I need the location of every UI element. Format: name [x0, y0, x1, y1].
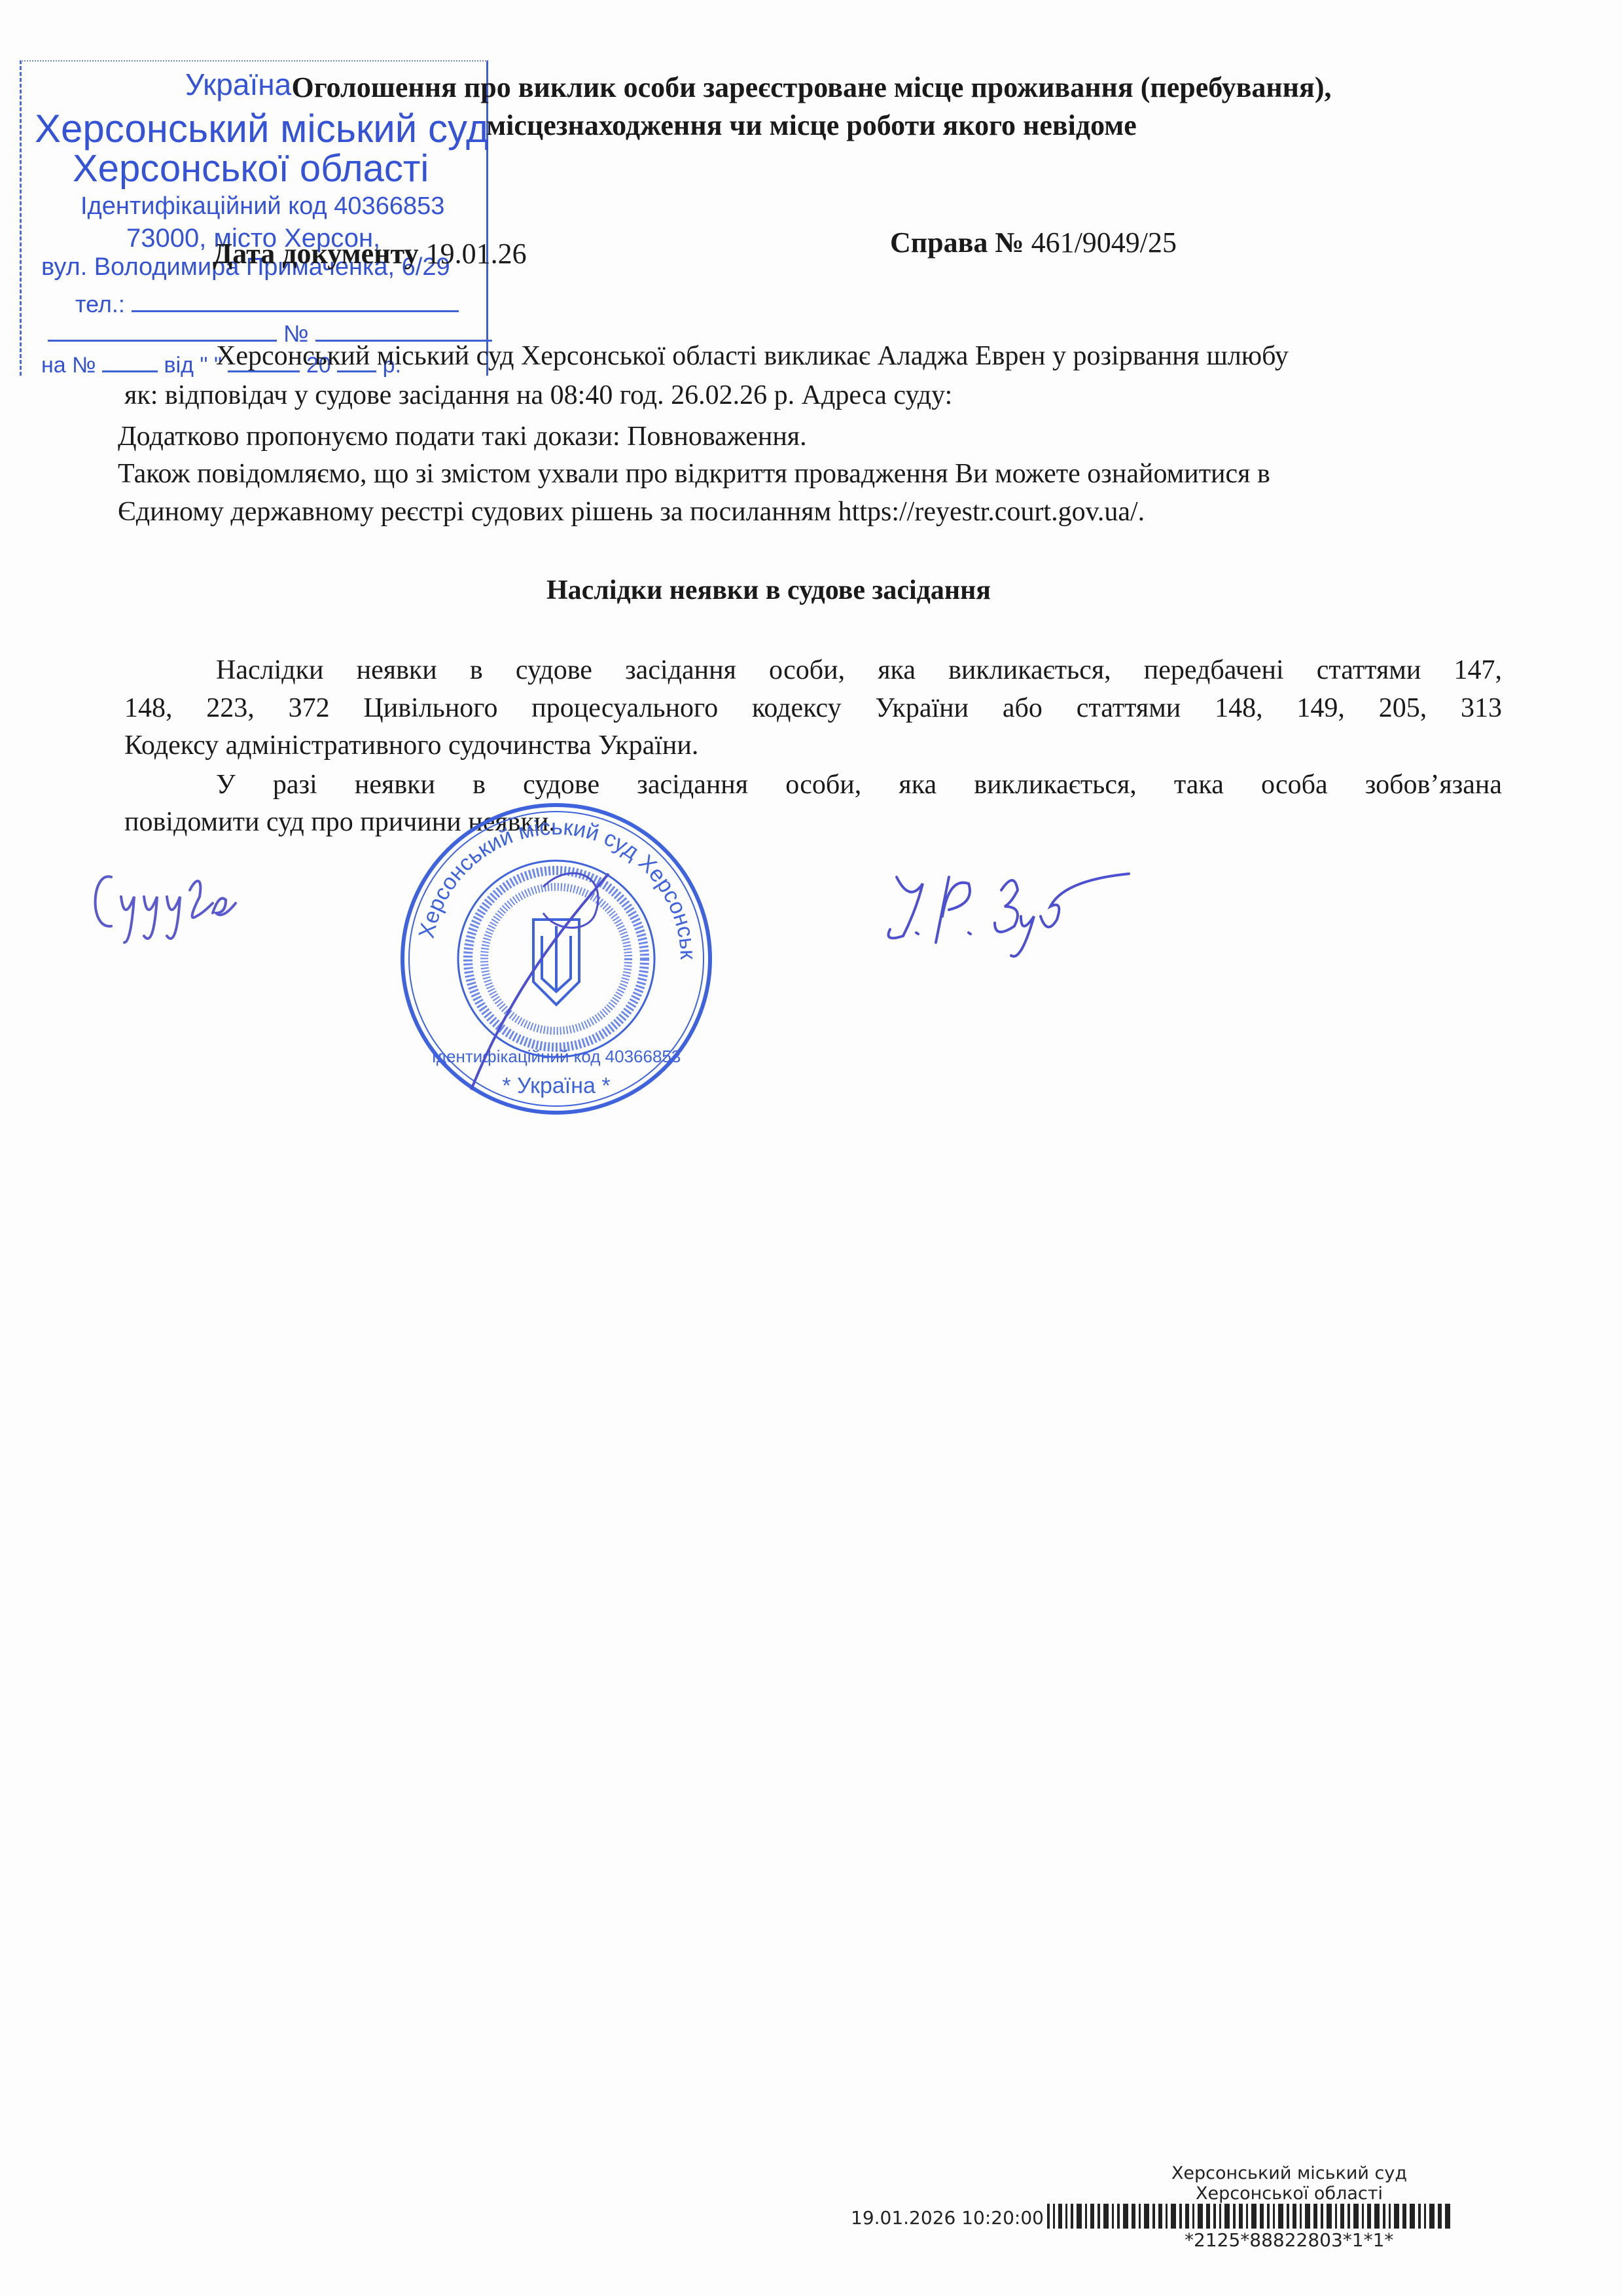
footer-timestamp: 19.01.2026 10:20:00 [851, 2207, 1044, 2229]
stamp-ref-blank [102, 370, 158, 372]
official-seal: Херсонський міський суд Херсонської обла… [393, 795, 720, 1122]
barcode [1047, 2204, 1538, 2229]
stamp-tel-blank [132, 310, 459, 312]
document-date: Дата документу 19.01.26 [213, 237, 527, 270]
consequences-line-3: Кодексу адміністративного судочинства Ук… [124, 730, 698, 761]
stamp-court-line2: Херсонської області [73, 147, 429, 190]
footer-org-line-1: Херсонський міський суд [1126, 2163, 1453, 2183]
case-number-value: 461/9049/25 [1031, 226, 1177, 259]
case-number-label: Справа № [890, 226, 1024, 259]
case-number: Справа № 461/9049/25 [890, 226, 1177, 259]
document-date-value: 19.01.26 [426, 238, 527, 270]
stamp-tel: тел.: [75, 291, 459, 318]
consequences-line-2: 148, 223, 372 Цивільного процесуального … [124, 692, 1502, 724]
seal-outer-text: Херсонський міський суд Херсонської обла… [393, 795, 700, 961]
judge-signature: І.Ю. Зуб [877, 864, 1139, 962]
registry-line-1: Також повідомляємо, що зі змістом ухвали… [118, 458, 1270, 490]
stamp-ref-label: на № [41, 353, 96, 378]
document-title: Оголошення про виклик особи зареєстрован… [196, 69, 1427, 145]
footer-org: Херсонський міський суд Херсонської обла… [1126, 2163, 1453, 2204]
title-line-1: Оголошення про виклик особи зареєстрован… [196, 69, 1427, 107]
consequences-heading: Наслідки неявки в судове засідання [546, 575, 991, 606]
document-date-label: Дата документу [213, 238, 419, 270]
seal-bottom-text: * Україна * [502, 1073, 610, 1098]
barcode-text: *2125*88822803*1*1* [1185, 2229, 1393, 2251]
footer-org-line-2: Херсонської області [1126, 2183, 1453, 2204]
seal-icon: Херсонський міський суд Херсонської обла… [393, 795, 720, 1122]
title-line-2: місцезнаходження чи місце роботи якого н… [196, 107, 1427, 145]
registry-line-2: Єдиному державному реєстрі судових рішен… [118, 496, 1145, 528]
stamp-tel-label: тел.: [75, 291, 125, 317]
stamp-from-label: від " [164, 353, 208, 378]
consequences-line-1: Наслідки неявки в судове засідання особи… [216, 655, 1502, 686]
summons-line-2: як: відповідач у судове засідання на 08:… [124, 380, 952, 411]
svg-text:Херсонський міський суд Херсон: Херсонський міський суд Херсонської обла… [393, 795, 700, 961]
handwriting-name-icon [877, 864, 1139, 962]
stamp-id-code: Ідентифікаційний код 40366853 [80, 192, 444, 221]
seal-inner-text: Ідентифікаційний код 40366853 [432, 1047, 681, 1066]
evidence-request: Додатково пропонуємо подати такі докази:… [118, 421, 807, 452]
handwritten-role: Суддя [85, 851, 281, 969]
summons-line-1: Херсонський міський суд Херсонської обла… [216, 340, 1289, 372]
handwriting-sudde-icon [85, 851, 281, 969]
